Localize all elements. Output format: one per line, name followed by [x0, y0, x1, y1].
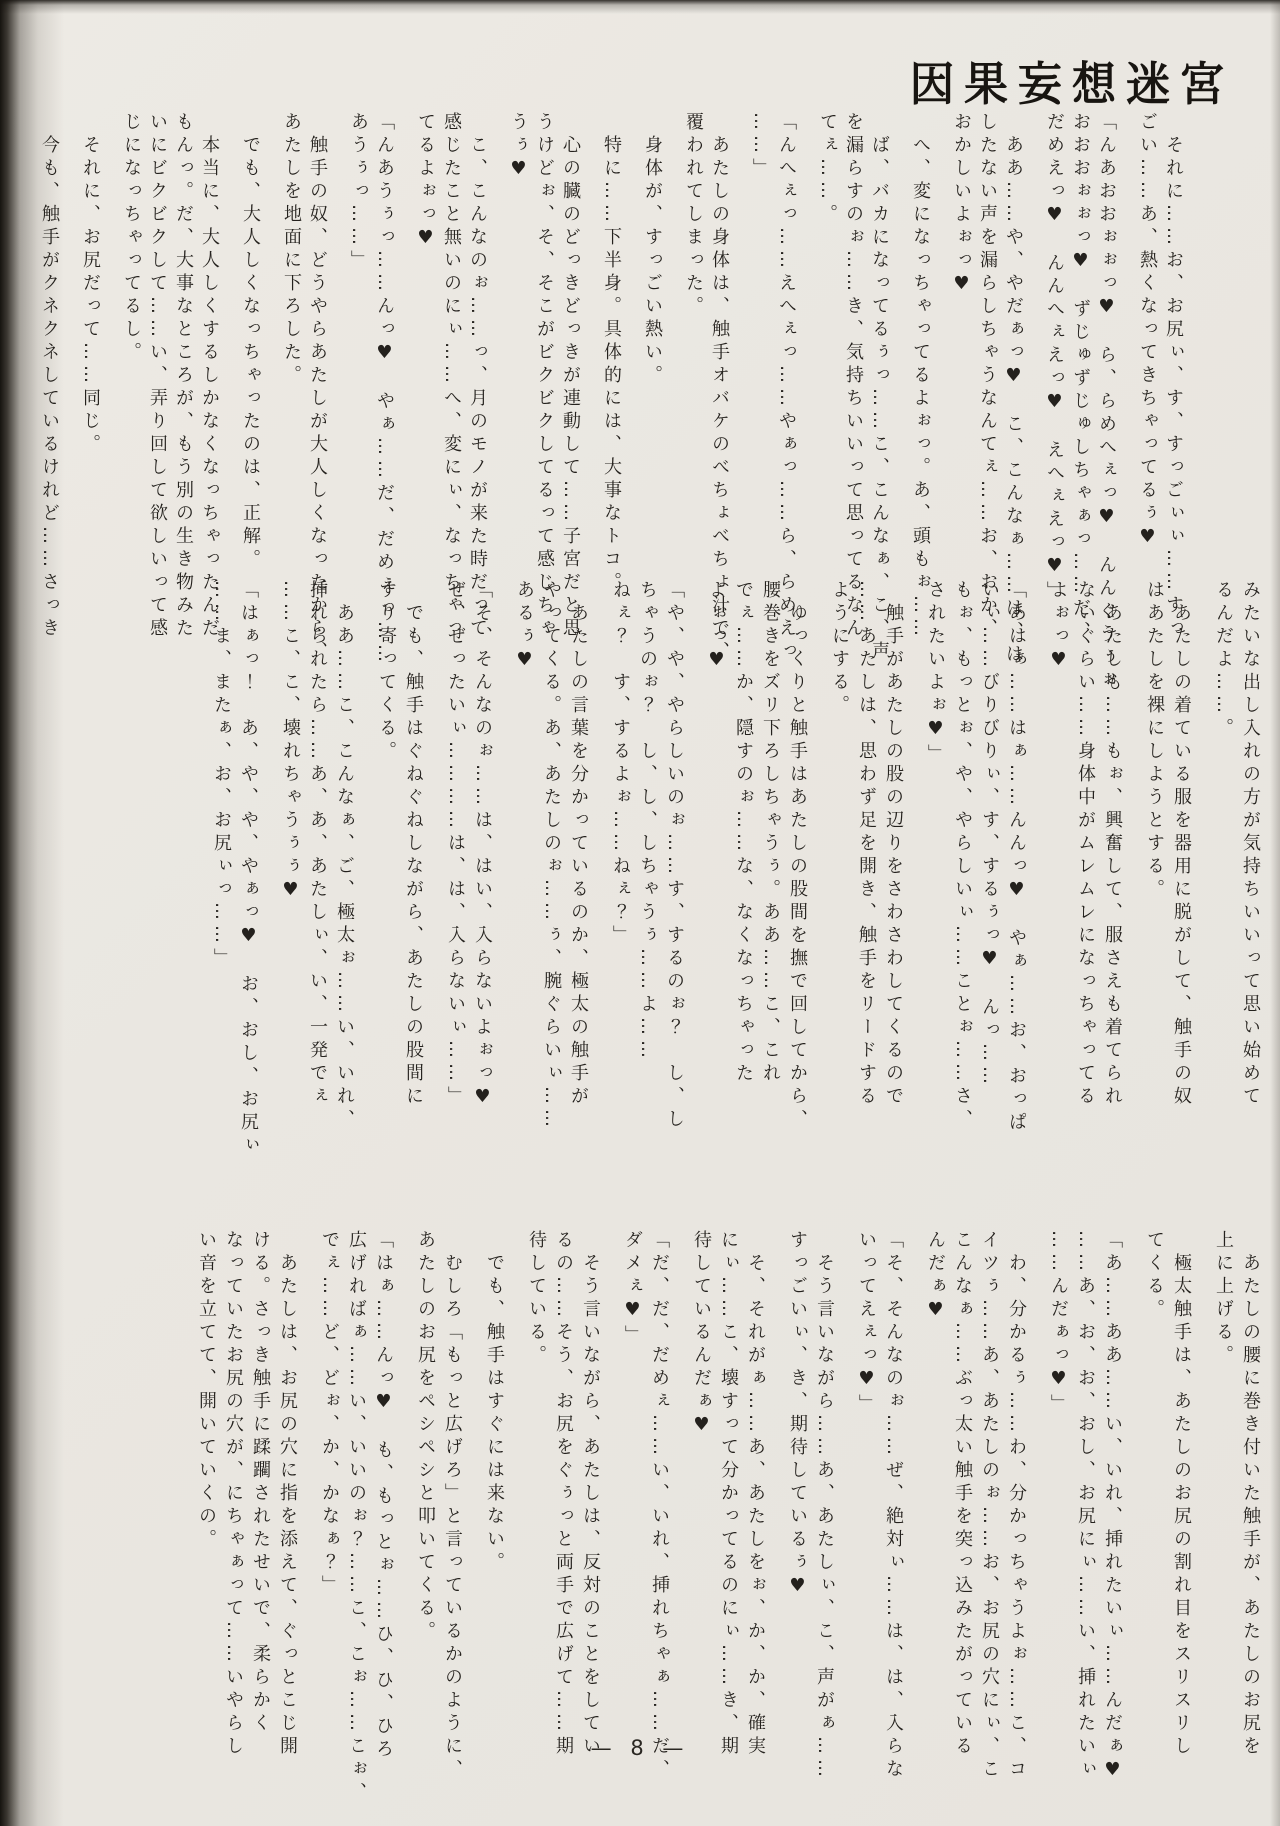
text-column: ゆっくりと触手はあたしの股間を撫で回してから、: [784, 580, 811, 1205]
text-column: ……こ、こ、壊れちゃうぅぅ♥: [277, 580, 304, 1205]
text-column: もぉ、もっとぉ、や、やらしいぃ……ことぉ……さ、: [949, 580, 976, 1205]
text-column: されたいよぉ♥」: [922, 580, 949, 1205]
text-column: あるぅ♥: [511, 580, 538, 1205]
page-title: 因果妄想迷宮: [910, 47, 1234, 114]
text-column: でぇ……か、隠すのぉ……な、なくなっちゃった: [730, 580, 757, 1205]
text-column: あたしの言葉を分かっているのか、極太の触手が: [565, 580, 592, 1205]
text-column: やってくる。あ、あたしのぉ……ぅ、腕ぐらいぃ……: [538, 580, 565, 1205]
text-column: わ、分かるぅ……わ、分かっちゃうよぉ……こ、コ: [1003, 1230, 1030, 1790]
text-column: よぉっ♥: [1045, 580, 1072, 1205]
text-column: 「そ、そんなのぉ……は、はい、入らないよぉっ♥: [469, 580, 496, 1205]
text-column: い音を立てて、開いていくの。: [193, 1230, 220, 1790]
page-number: — 8 —: [0, 1736, 1280, 1760]
text-column: 「はぁ……んっ♥ も、もっとぉ……ひ、ひ、ひろ: [370, 1230, 397, 1790]
text-column: あたしは、お尻の穴に指を添えて、ぐっとこじ開: [274, 1230, 301, 1790]
text-column: ようにする。: [826, 580, 853, 1205]
text-column: ちゃうのぉ？ し、し、しちゃうぅ……よ……: [634, 580, 661, 1205]
text-column: それに、お尻だって……同じ。: [77, 112, 103, 692]
text-column: 腰巻きをズリ下ろしちゃうぅ。ああ……こ、これ: [757, 580, 784, 1205]
text-column: 今も、触手がクネクネしているけれど……さっき: [36, 112, 62, 692]
text-column: はあたしを裸にしようとする。: [1141, 580, 1168, 1205]
text-column: ……んだぁっ♥」: [1045, 1230, 1072, 1790]
scanned-page: 因果妄想迷宮 それに……お、お尻ぃ、す、すっごぃぃ……すっごい……あ、熱くなって…: [0, 0, 1280, 1826]
text-column: るの……そう、お尻をぐぅっと両手で広げて……期: [550, 1230, 577, 1790]
text-band-middle: みたいな出し入れの方が気持ちいいって思い始めてるんだよ……。 あたしの着ている服…: [208, 580, 1264, 1205]
text-column: もんっ。だ、大事なところが、もう別の生き物みた: [170, 112, 196, 692]
text-column: 「そ、そんなのぉ……ぜ、絶対ぃ……は、は、入らな: [880, 1230, 907, 1790]
text-column: るんだよ……。: [1210, 580, 1237, 1205]
scan-shadow-right: [1270, 0, 1280, 1826]
text-column: いってえぇっ♥」: [853, 1230, 880, 1790]
text-column: あたしの着ている服を器用に脱がして、触手の奴: [1168, 580, 1195, 1205]
text-column: ねぇ？ す、するよぉ……ねぇ？」: [607, 580, 634, 1205]
text-column: みたいな出し入れの方が気持ちいいって思い始めて: [1237, 580, 1264, 1205]
text-column: こんなぁ……ぶっ太い触手を突っ込みたがっている: [949, 1230, 976, 1790]
text-column: でも、触手はぐねぐねしながら、あたしの股間に: [400, 580, 427, 1205]
text-column: ないぐらい……身体中がムレムレになっちゃってる: [1072, 580, 1099, 1205]
text-column: そう言いながら……あ、あたしぃ、こ、声がぁ……: [811, 1230, 838, 1790]
text-column: 触手があたしの股の辺りをさわさわしてくるので: [880, 580, 907, 1205]
text-column: 広げればぁ……い、いいのぉ？……こ、こぉ……こぉ、: [343, 1230, 370, 1790]
text-column: ああ……こ、こんなぁ、ご、極太ぉ……い、いれ、: [331, 580, 358, 1205]
text-column: じになっちゃってるし。: [118, 112, 144, 692]
text-column: ……ま、またぁ、お、お尻ぃっ……」: [208, 580, 235, 1205]
text-column: 「あはぁ……はぁ……んんっ♥ やぁ……お、おっぱ: [1003, 580, 1030, 1205]
text-column: あたしも……もぉ、興奮して、服さえも着てられ: [1099, 580, 1126, 1205]
text-column: ける。さっき触手に蹂躙されたせいで、柔らかく: [247, 1230, 274, 1790]
text-column: いにビクビクして……い、弄り回して欲しいって感: [144, 112, 170, 692]
text-column: 待しているんだぁ♥: [688, 1230, 715, 1790]
text-column: 「だ、だ、だめぇ……い、いれ、挿れちゃぁ……だ、: [646, 1230, 673, 1790]
text-column: すり寄ってくる。: [373, 580, 400, 1205]
text-column: ……あたしは、思わず足を開き、触手をリードする: [853, 580, 880, 1205]
text-column: でぇ……ど、どぉ、か、かなぁ？」: [316, 1230, 343, 1790]
text-column: あたしの腰に巻き付いた触手が、あたしのお尻を: [1237, 1230, 1264, 1790]
text-column: にぃ……こ、壊すって分かってるのにぃ……き、期: [715, 1230, 742, 1790]
text-column: むしろ「もっと広げろ」と言っているかのように、: [439, 1230, 466, 1790]
text-column: ……あ、お、お、おし、お尻にぃ……い、挿れたいぃ: [1072, 1230, 1099, 1790]
text-column: 挿れられたら……あ、あ、あたしぃ、い、一発でぇ: [304, 580, 331, 1205]
text-column: そ、それがぁ……あ、あたしをぉ、か、か、確実: [742, 1230, 769, 1790]
text-column: すっごいぃ、き、期待しているぅ♥: [784, 1230, 811, 1790]
text-band-bottom: あたしの腰に巻き付いた触手が、あたしのお尻を上に上げる。 極太触手は、あたしのお…: [193, 1230, 1264, 1790]
text-column: あたしのお尻をペシペシと叩いてくる。: [412, 1230, 439, 1790]
text-column: イツぅ……あ、あたしのぉ……お、お尻の穴にぃ、こ: [976, 1230, 1003, 1790]
text-column: 待している。: [523, 1230, 550, 1790]
text-column: 極太触手は、あたしのお尻の割れ目をスリスリし: [1168, 1230, 1195, 1790]
text-column: 「や、や、やらしいのぉ……す、するのぉ？ し、し: [661, 580, 688, 1205]
text-column: そう言いながら、あたしは、反対のことをしてい: [577, 1230, 604, 1790]
text-column: 「はぁっ！ あ、や、や、やぁっ♥ お、おし、お尻ぃ: [235, 580, 262, 1205]
text-column: ダメぇ♥」: [619, 1230, 646, 1790]
text-column: ぜ、ぜったいぃ…………は、は、入らないぃ……」: [442, 580, 469, 1205]
text-column: 「あ……ああ……い、いれ、挿れたいぃ……んだぁ♥: [1099, 1230, 1126, 1790]
text-column: 上に上げる。: [1210, 1230, 1237, 1790]
text-column: でも、触手はすぐには来ない。: [481, 1230, 508, 1790]
text-column: んだぁ♥: [922, 1230, 949, 1790]
text-column: てくる。: [1141, 1230, 1168, 1790]
text-column: なっていたお尻の穴が、にちゃぁって……いやらし: [220, 1230, 247, 1790]
text-column: いぃ……びりびりぃ、す、するぅっ♥ んっ……: [976, 580, 1003, 1205]
scan-shadow-top: [0, 0, 1280, 14]
text-column: よぉっ♥: [703, 580, 730, 1205]
